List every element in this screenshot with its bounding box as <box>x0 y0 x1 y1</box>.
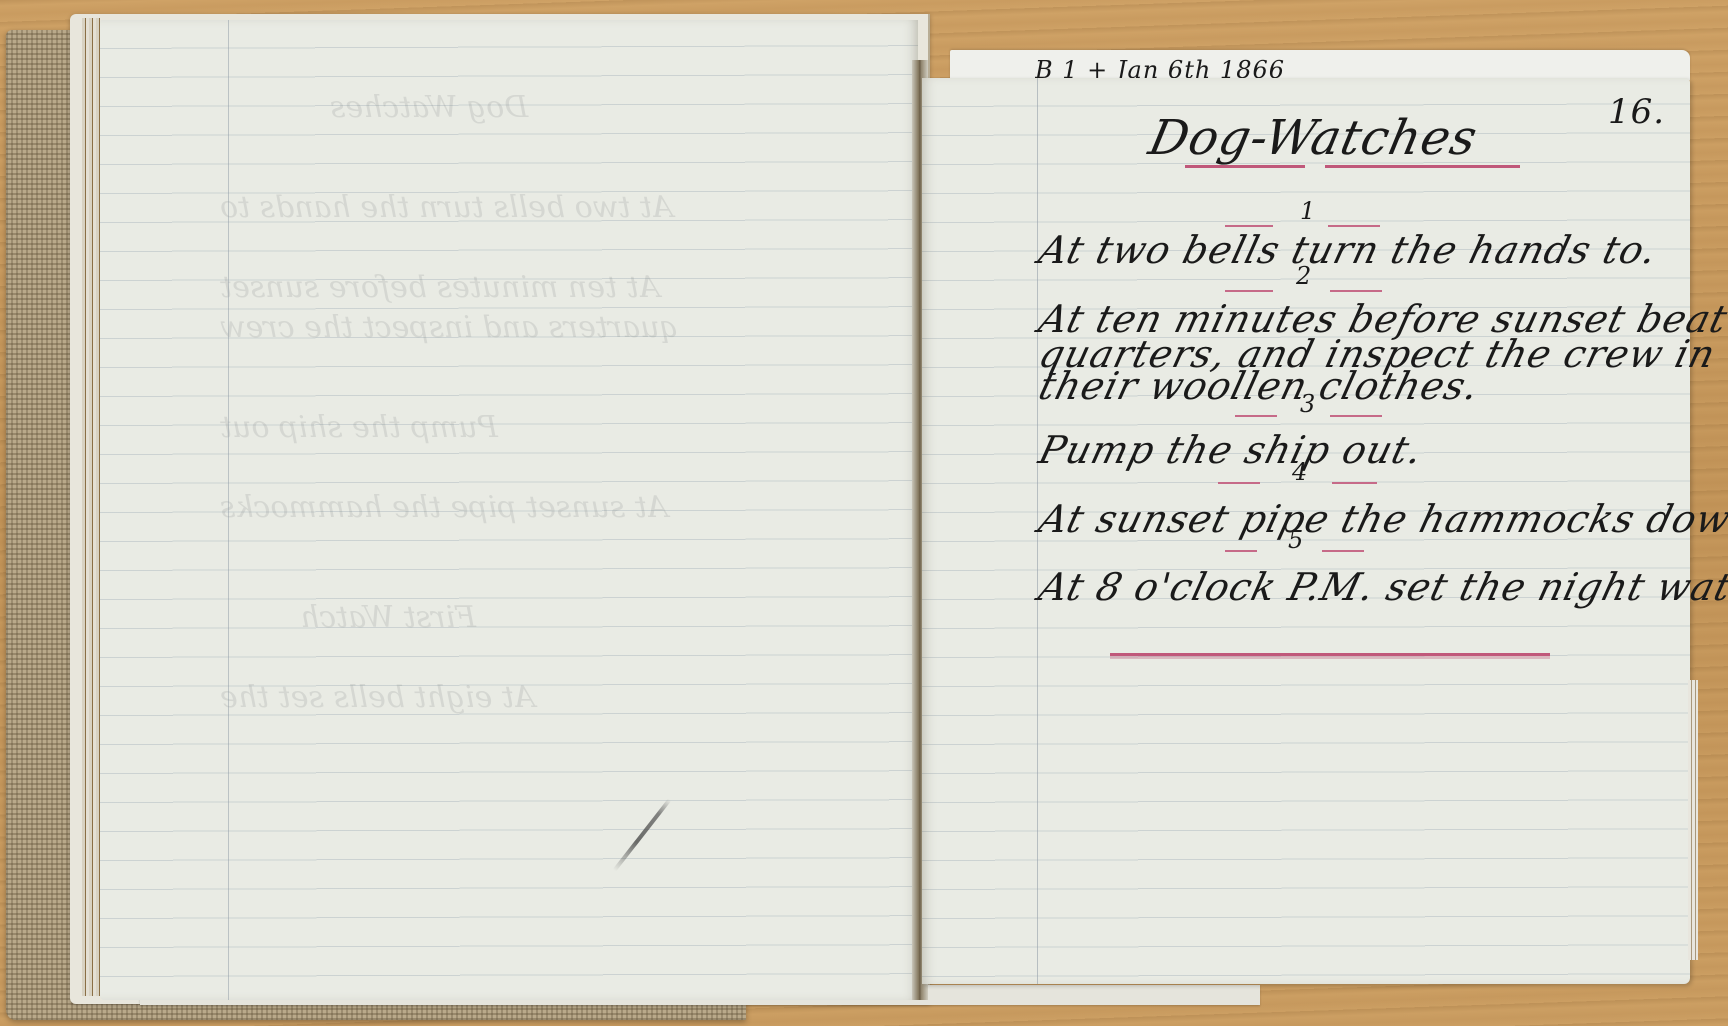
right-page-edges <box>1688 680 1698 960</box>
entry-text-line: their woollen clothes. <box>1035 364 1484 408</box>
numeral-rule <box>1332 482 1377 484</box>
closing-double-rule <box>1110 653 1550 656</box>
bleed-through-text: At two bells turn the hands to <box>220 190 673 225</box>
entry-text: At 8 o'clock P.M. set the night watch. <box>1035 565 1728 609</box>
title-underline-left <box>1185 165 1305 168</box>
entry-text: At two bells turn the hands to. <box>1035 228 1662 272</box>
entry-text: At sunset pipe the hammocks down. <box>1035 497 1728 541</box>
entry-number: 1 <box>1300 197 1315 225</box>
bleed-through-text: Dog Watches <box>330 90 528 125</box>
numeral-rule <box>1328 225 1380 227</box>
left-page-margin-rule <box>228 20 229 1000</box>
page-number: 16. <box>1608 92 1665 132</box>
entry-number: 4 <box>1292 458 1307 486</box>
title-underline-right <box>1325 165 1520 168</box>
bleed-through-text: At sunset pipe the hammocks <box>220 490 668 525</box>
bleed-through-text: At ten minutes before sunset <box>220 270 660 305</box>
numeral-rule <box>1225 225 1273 227</box>
page-title: Dog-Watches <box>1144 110 1483 166</box>
bleed-through-text: quarters and inspect the crew <box>220 310 679 345</box>
numeral-rule <box>1218 482 1260 484</box>
left-page: Dog Watches At two bells turn the hands … <box>100 20 918 1000</box>
entry-number: 5 <box>1288 526 1303 554</box>
numeral-rule <box>1225 550 1257 552</box>
numeral-rule <box>1330 290 1382 292</box>
entry-number: 3 <box>1300 390 1315 418</box>
entry-number: 2 <box>1296 262 1311 290</box>
tab-sheet-text: B 1 + Jan 6th 1866 <box>1035 50 1285 78</box>
numeral-rule <box>1330 415 1382 417</box>
numeral-rule <box>1235 415 1277 417</box>
numeral-rule <box>1322 550 1364 552</box>
entry-text: Pump the ship out. <box>1035 428 1428 472</box>
bleed-through-text: At eight bells set the <box>220 680 535 715</box>
numeral-rule <box>1225 290 1273 292</box>
bleed-through-text: Pump the ship out <box>220 410 498 445</box>
left-page-edges <box>82 18 100 996</box>
bleed-through-text: First Watch <box>300 600 476 635</box>
